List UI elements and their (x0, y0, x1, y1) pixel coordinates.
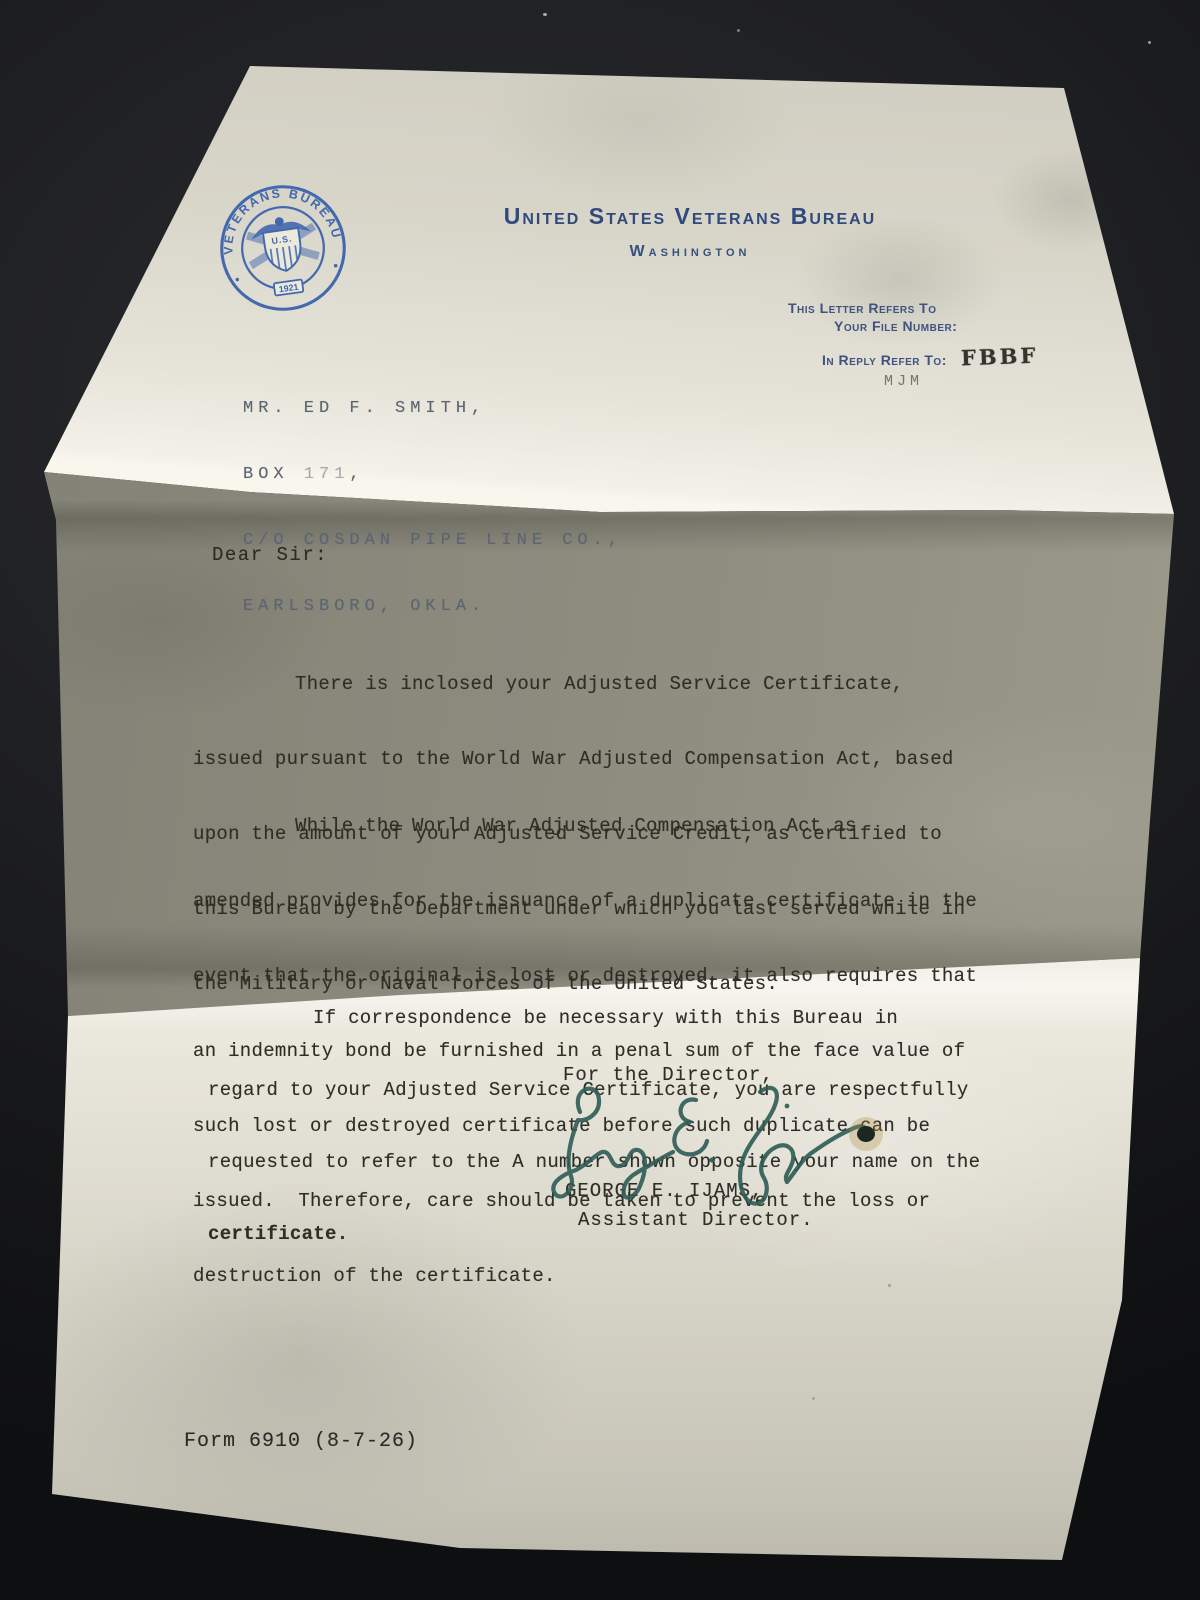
reply-reference-label: In Reply Refer To: (822, 352, 947, 368)
closing-for-line: For the Director, (563, 1064, 774, 1086)
reply-reference-stamp: FBBF (961, 343, 1039, 371)
file-note-line2: Your File Number: (788, 317, 957, 335)
seal-dot (235, 278, 239, 282)
file-reference-note: This Letter Refers To Your File Number: (788, 299, 957, 335)
address-box-label: BOX (243, 465, 304, 484)
agency-title: United States Veterans Bureau (440, 203, 940, 230)
body-line: While the World War Adjusted Compensatio… (193, 814, 977, 839)
typist-initials: MJM (884, 373, 923, 390)
salutation: Dear Sir: (212, 544, 328, 566)
dust-speck (737, 29, 740, 32)
dust-speck (1148, 41, 1151, 44)
address-line: MR. ED F. SMITH, (243, 398, 623, 420)
body-line: requested to refer to the A number shown… (208, 1150, 980, 1174)
recipient-address: MR. ED F. SMITH, BOX 171, C/O COSDAN PIP… (243, 354, 623, 662)
dust-speck (812, 1397, 815, 1400)
body-line: If correspondence be necessary with this… (208, 1006, 980, 1030)
address-comma: , (349, 465, 364, 484)
agency-city: Washington (440, 243, 940, 261)
address-line: EARLSBORO, OKLA. (243, 596, 623, 618)
address-box-number: 171 (304, 465, 350, 484)
form-number: Form 6910 (8-7-26) (184, 1430, 418, 1453)
veterans-bureau-seal: VETERANS BUREAU U.S. 1921 (203, 168, 363, 328)
body-line: There is inclosed your Adjusted Service … (193, 672, 965, 697)
typed-signer-name: GEORGE E. IJAMS, (565, 1180, 763, 1202)
address-line: BOX 171, (243, 464, 623, 486)
paragraph: If correspondence be necessary with this… (208, 958, 980, 1294)
typed-signer-title: Assistant Director. (578, 1209, 814, 1231)
file-note-line1: This Letter Refers To (788, 299, 957, 317)
dust-speck (543, 13, 547, 16)
body-line: amended provides for the issuance of a d… (193, 889, 977, 914)
letter-photo: VETERANS BUREAU U.S. 1921 United States … (0, 0, 1200, 1600)
seal-dot (334, 264, 338, 268)
